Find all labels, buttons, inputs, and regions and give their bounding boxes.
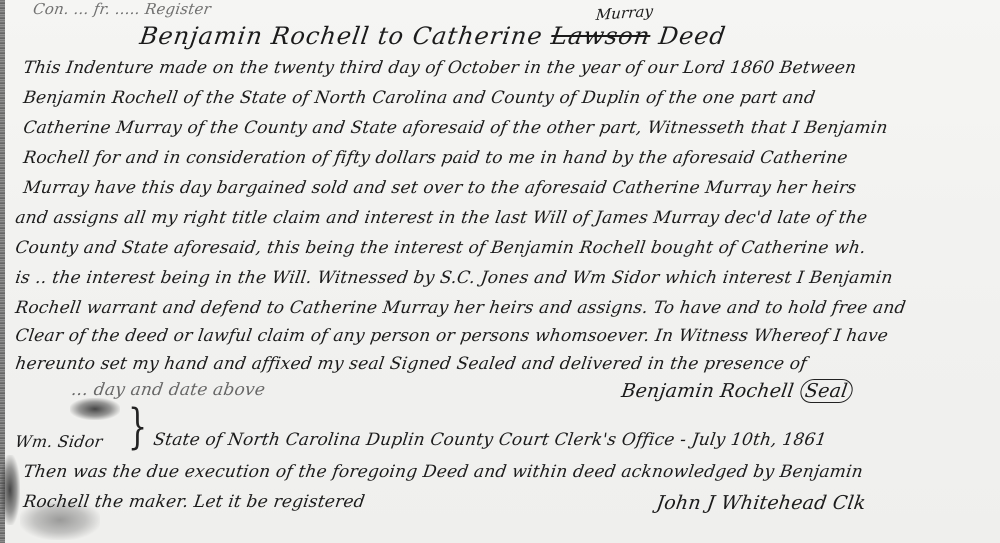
title-struck-name: Lawson	[549, 22, 652, 50]
title-inserted-name: Murray	[595, 2, 653, 24]
body-line-8: is .. the interest being in the Will. Wi…	[14, 268, 894, 288]
grantor-signature-name: Benjamin Rochell	[620, 380, 795, 402]
probate-line-1: State of North Carolina Duplin County Co…	[152, 430, 828, 450]
body-line-2: Benjamin Rochell of the State of North C…	[22, 88, 817, 108]
body-line-1: This Indenture made on the twenty third …	[22, 58, 858, 78]
body-line-5: Murray have this day bargained sold and …	[22, 178, 858, 198]
deed-page: Con. ... fr. ..... Register Benjamin Roc…	[0, 0, 1000, 543]
body-line-12: ... day and date above	[70, 380, 266, 400]
title-connector: to	[376, 22, 406, 50]
ink-smudge	[70, 398, 120, 420]
probate-line-3: Rochell the maker. Let it be registered	[22, 492, 366, 512]
body-line-6: and assigns all my right title claim and…	[14, 208, 869, 228]
body-line-7: County and State aforesaid, this being t…	[14, 238, 867, 258]
deed-title: Benjamin Rochell to Catherine Lawson Dee…	[138, 22, 728, 50]
seal-mark: Seal	[798, 379, 854, 403]
body-line-4: Rochell for and in consideration of fift…	[22, 148, 849, 168]
witness-name: Wm. Sidor	[14, 432, 104, 451]
probate-line-2: Then was the due execution of the forego…	[22, 462, 864, 482]
brace-mark: }	[128, 400, 147, 456]
title-label: Deed	[657, 22, 728, 50]
body-line-11: hereunto set my hand and affixed my seal…	[14, 354, 808, 374]
header-register-note: Con. ... fr. ..... Register	[32, 0, 212, 18]
grantor-signature: Benjamin Rochell Seal	[620, 380, 854, 402]
title-grantor: Benjamin Rochell	[138, 22, 371, 50]
title-grantee: Catherine	[411, 22, 545, 50]
clerk-signature: John J Whitehead Clk	[655, 492, 867, 514]
ink-smudge	[0, 455, 20, 525]
body-line-9: Rochell warrant and defend to Catherine …	[14, 298, 907, 318]
body-line-10: Clear of the deed or lawful claim of any…	[14, 326, 889, 346]
body-line-3: Catherine Murray of the County and State…	[22, 118, 889, 138]
